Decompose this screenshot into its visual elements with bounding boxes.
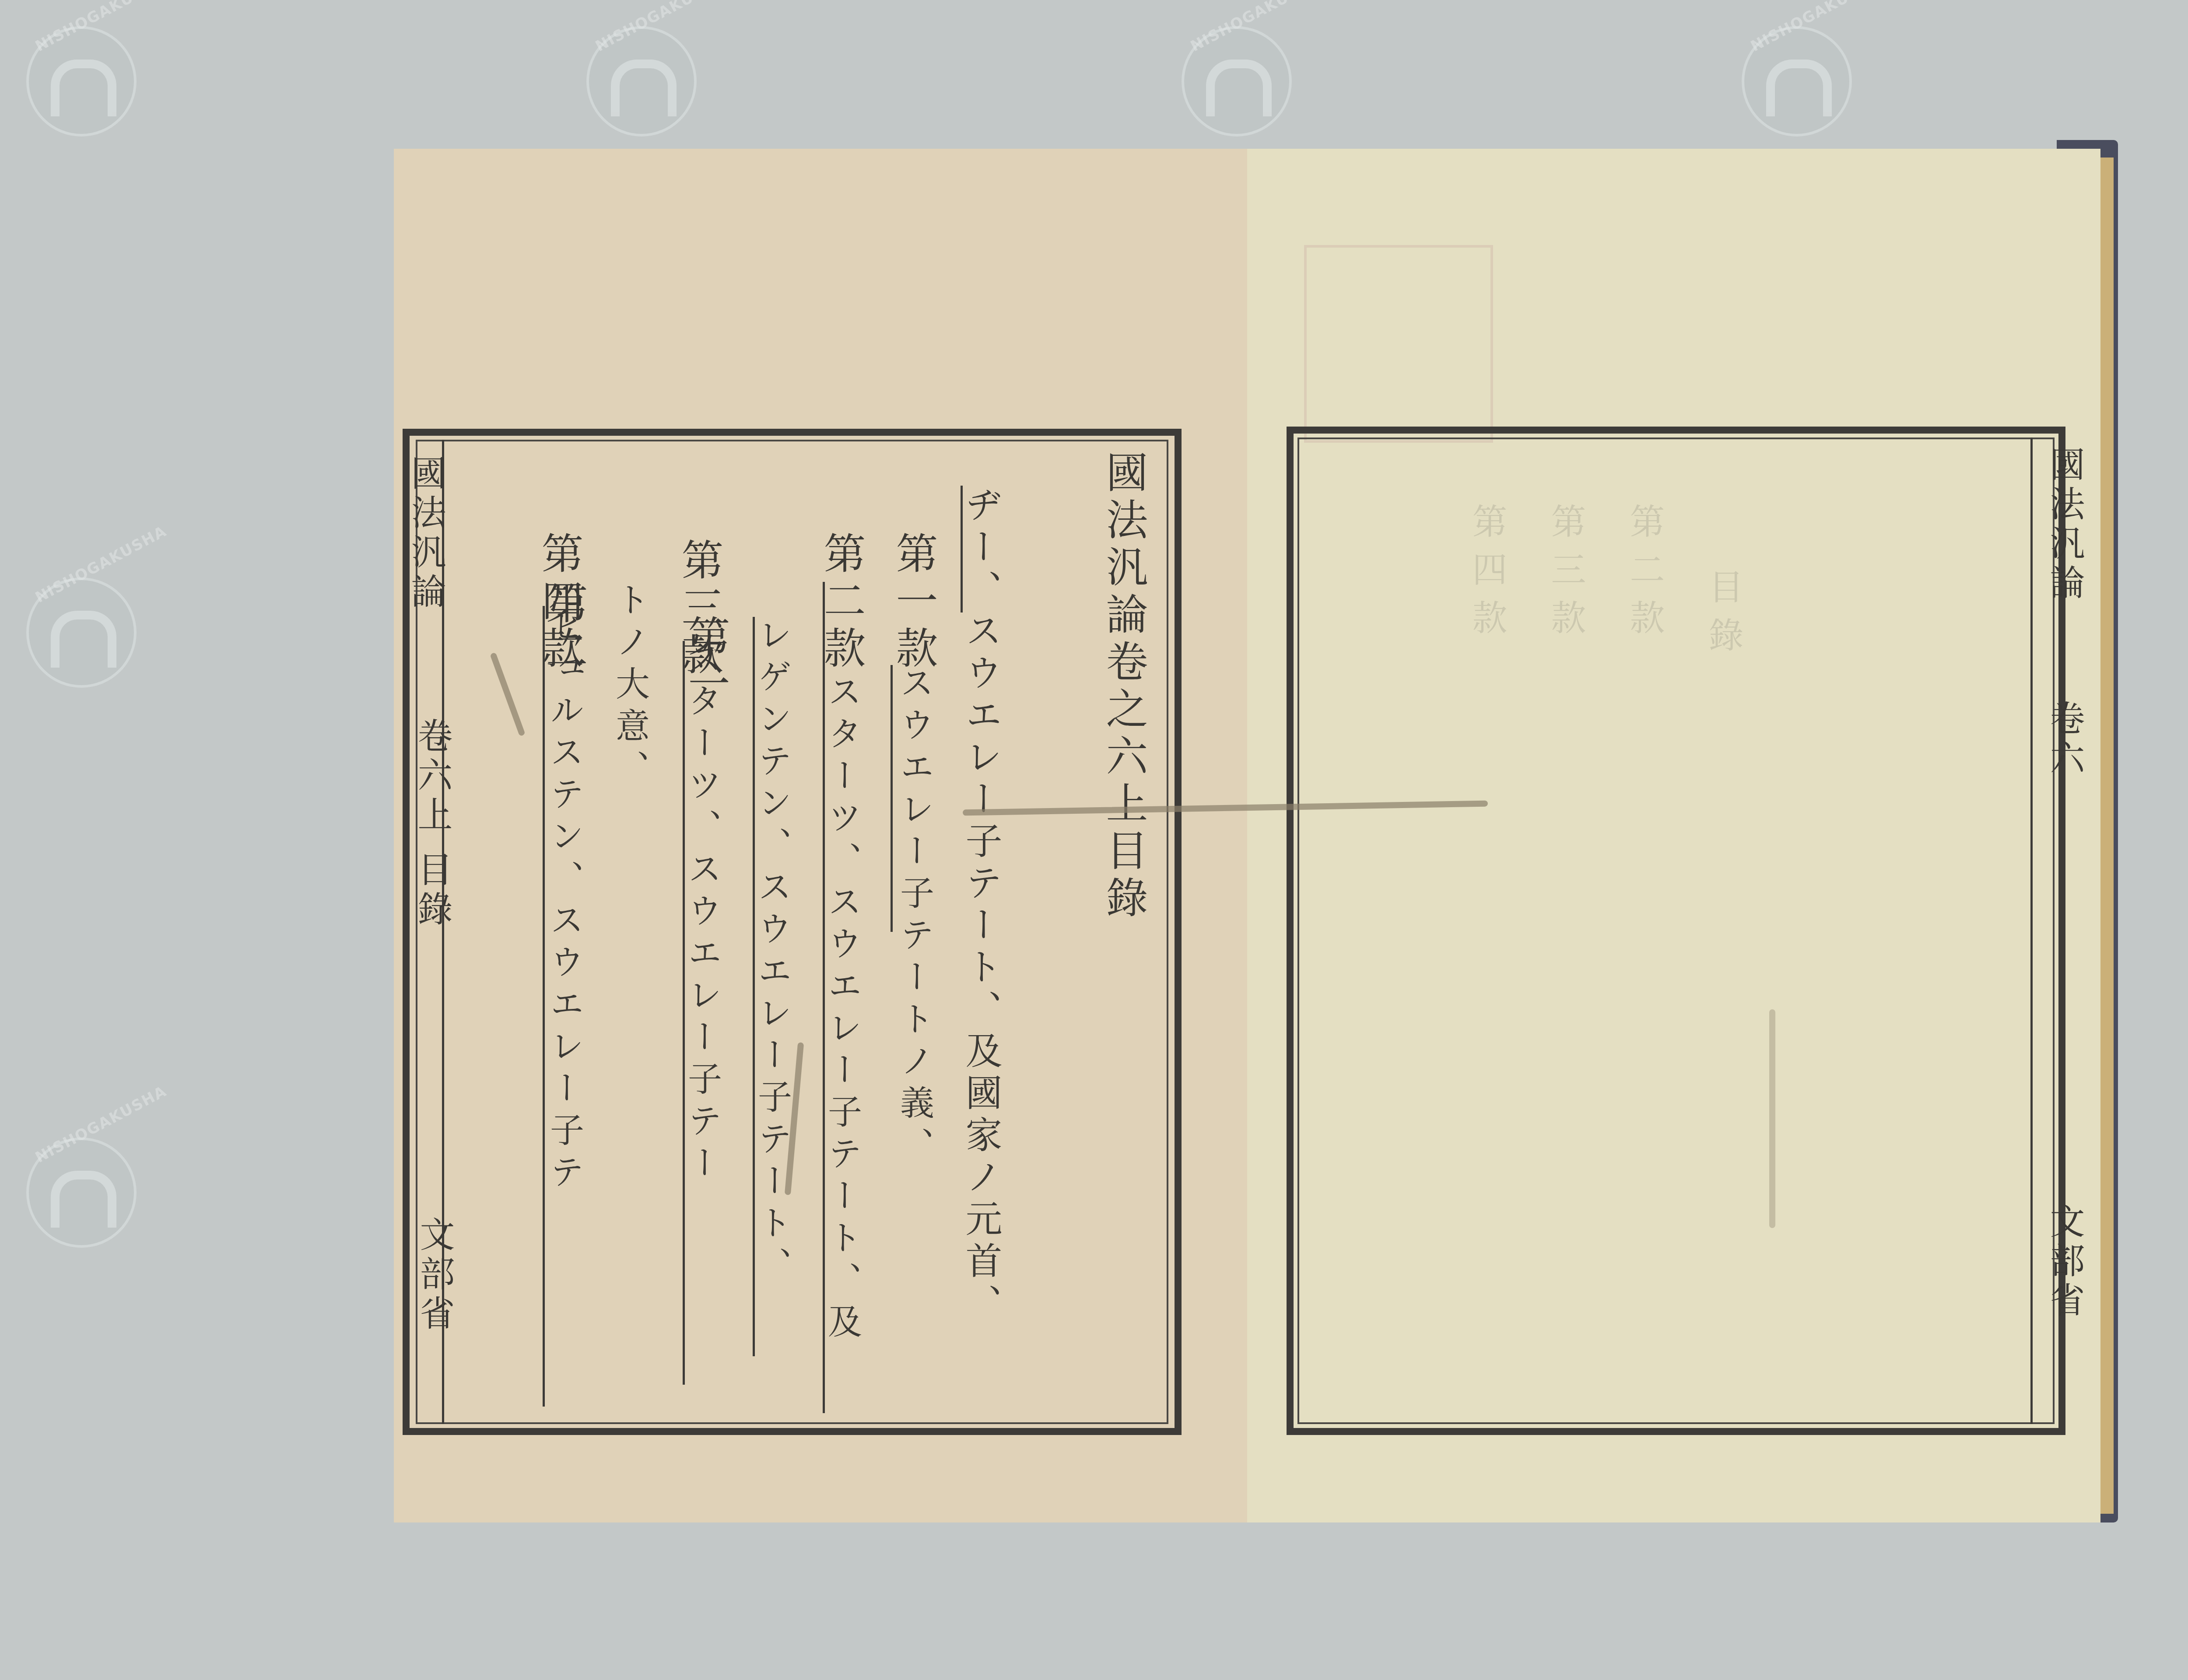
toc-title: 國法汎論卷之六上目錄: [1103, 451, 1145, 923]
toc-line: ヒュルステン、スウエレー子テ: [547, 608, 581, 1196]
column-rule: [543, 606, 545, 1407]
toc-line: スターツ、スウエレー子テー: [685, 641, 719, 1187]
seal-stamp: [1304, 245, 1493, 443]
margin-rule: [2030, 437, 2033, 1424]
column-rule: [891, 665, 893, 932]
column-rule: [961, 486, 963, 612]
page-edge: [2100, 157, 2114, 1514]
toc-line: ヂー、スウエレー子テート、及國家ノ元首、: [963, 486, 999, 1326]
right-spine-volume: 卷六: [2039, 700, 2090, 779]
watermark-logo: NISHOGAKUSHA: [1742, 26, 1852, 136]
toc-line: トノ大意、: [613, 582, 647, 792]
bleed-through-text: 第三款: [1540, 503, 1591, 647]
column-rule: [683, 641, 685, 1385]
watermark-logo: NISHOGAKUSHA: [586, 26, 697, 136]
bleed-through-text: 目錄: [1698, 569, 1748, 665]
left-spine-publisher: 文部省: [409, 1216, 459, 1334]
left-spine-volume: 卷六上 目錄: [407, 717, 457, 930]
right-spine-publisher: 文部省: [2039, 1203, 2090, 1321]
left-spine-title: 國法汎論: [400, 455, 451, 612]
right-inner-frame: [1297, 437, 2055, 1424]
toc-line: スターツ、スウエレー子テート、及: [825, 674, 859, 1346]
watermark-logo: NISHOGAKUSHA: [26, 26, 137, 136]
left-inner-frame: [416, 440, 1168, 1424]
watermark-logo: NISHOGAKUSHA: [1182, 26, 1292, 136]
toc-line: レゲンテン、スウエレー子テート、: [755, 617, 789, 1289]
toc-line: スウエレー子テートノ義、: [897, 665, 931, 1169]
bleed-through-text: 第四款: [1462, 503, 1512, 647]
worm-damage: [1769, 1009, 1775, 1228]
section-label: 第一款: [893, 532, 935, 673]
bleed-through-text: 第二款: [1619, 503, 1669, 647]
right-spine-title: 國法汎論: [2039, 446, 2090, 604]
column-rule: [753, 617, 755, 1356]
watermark-logo: NISHOGAKUSHA: [26, 577, 137, 688]
column-rule: [823, 582, 825, 1413]
watermark-logo: NISHOGAKUSHA: [26, 1137, 137, 1248]
section-label: 第二款: [820, 532, 863, 673]
